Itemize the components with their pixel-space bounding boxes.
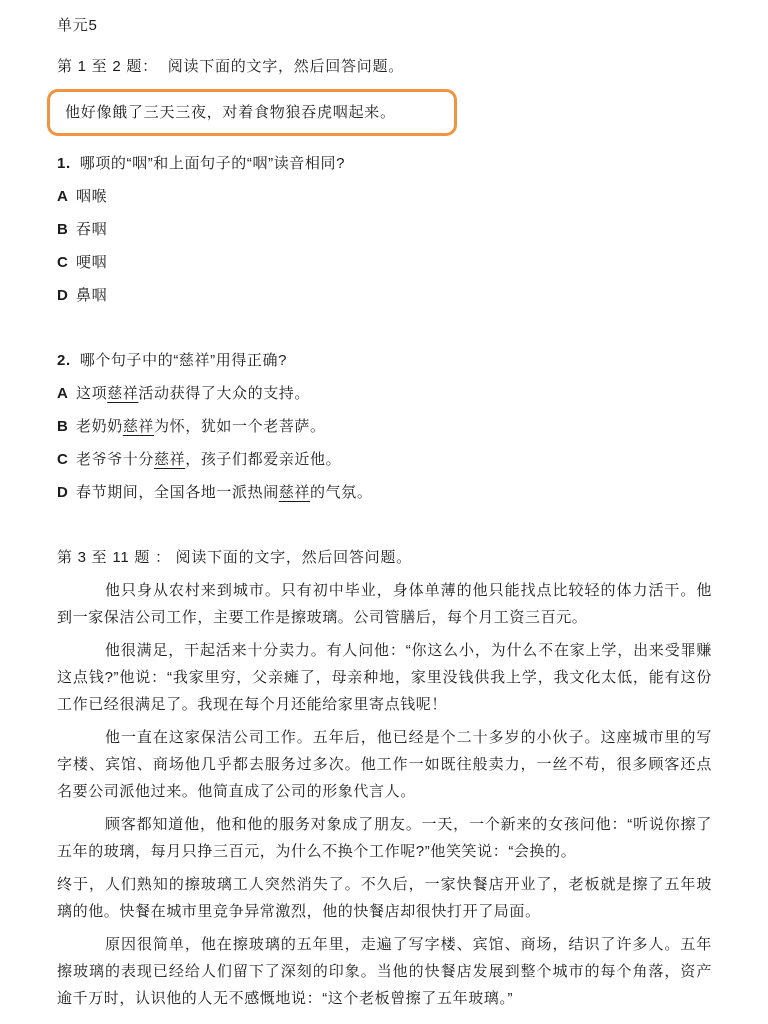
option-letter: B <box>57 413 69 440</box>
question2-option-d: D春节期间，全国各地一派热闹慈祥的气氛。 <box>57 479 712 506</box>
passage-paragraph-2: 他很满足，干起活来十分卖力。有人问他：“你这么小，为什么不在家上学，出来受罪赚这… <box>57 637 712 718</box>
question1-number: 1. <box>57 155 71 172</box>
option-text: 这项慈祥活动获得了大众的支持。 <box>76 385 310 402</box>
question2-stem: 2.哪个句子中的“慈祥”用得正确? <box>57 347 712 374</box>
question1-stem: 1.哪项的“咽”和上面句子的“咽”读音相同? <box>57 150 712 177</box>
passage-paragraph-5: 终于，人们熟知的擦玻璃工人突然消失了。不久后，一家快餐店开业了，老板就是擦了五年… <box>57 871 712 925</box>
passage-paragraph-4: 顾客都知道他，他和他的服务对象成了朋友。一天，一个新来的女孩问他：“听说你擦了五… <box>57 811 712 865</box>
option-text: 老爷爷十分慈祥，孩子们都爱亲近他。 <box>76 451 341 468</box>
question2-options: A这项慈祥活动获得了大众的支持。 B老奶奶慈祥为怀，犹如一个老菩萨。 C老爷爷十… <box>57 380 712 506</box>
passage-paragraph-6: 原因很简单，他在擦玻璃的五年里，走遍了写字楼、宾馆、商场，结识了许多人。五年擦玻… <box>57 931 712 1012</box>
option-text: 咽喉 <box>76 188 107 205</box>
option-text: 哽咽 <box>76 254 107 271</box>
option-letter: D <box>57 282 69 309</box>
option-letter: C <box>57 446 69 473</box>
option-letter: D <box>57 479 69 506</box>
passage-paragraph-1: 他只身从农村来到城市。只有初中毕业，身体单薄的他只能找点比较轻的体力活干。他到一… <box>57 577 712 631</box>
option-text: 春节期间，全国各地一派热闹慈祥的气氛。 <box>76 484 372 501</box>
question2-number: 2. <box>57 352 71 369</box>
quoted-sentence-box: 他好像餓了三天三夜，对着食物狼吞虎咽起来。 <box>47 89 457 136</box>
option-letter: B <box>57 216 69 243</box>
question1-option-a: A咽喉 <box>57 183 712 210</box>
underlined-word: 慈祥 <box>107 385 138 402</box>
option-letter: A <box>57 183 69 210</box>
underlined-word: 慈祥 <box>279 484 310 501</box>
question2-text: 哪个句子中的“慈祥”用得正确? <box>80 352 287 369</box>
option-text: 吞咽 <box>76 221 107 238</box>
section2-header: 第 3 至 11 题 ： 阅读下面的文字，然后回答问题。 <box>57 544 712 571</box>
exam-document-page: 单元5 第 1 至 2 题： 阅读下面的文字，然后回答问题。 他好像餓了三天三夜… <box>0 0 768 1024</box>
option-letter: A <box>57 380 69 407</box>
option-letter: C <box>57 249 69 276</box>
option-text: 老奶奶慈祥为怀，犹如一个老菩萨。 <box>76 418 326 435</box>
reading-passage: 他只身从农村来到城市。只有初中毕业，身体单薄的他只能找点比较轻的体力活干。他到一… <box>57 577 712 1012</box>
section1-header: 第 1 至 2 题： 阅读下面的文字，然后回答问题。 <box>57 53 712 80</box>
question1-text: 哪项的“咽”和上面句子的“咽”读音相同? <box>80 155 345 172</box>
underlined-word: 慈祥 <box>154 451 185 468</box>
passage-paragraph-3: 他一直在这家保洁公司工作。五年后，他已经是个二十多岁的小伙子。这座城市里的写字楼… <box>57 724 712 805</box>
quoted-sentence-text: 他好像餓了三天三夜，对着食物狼吞虎咽起来。 <box>65 104 396 121</box>
question2-option-c: C老爷爷十分慈祥，孩子们都爱亲近他。 <box>57 446 712 473</box>
unit-title: 单元5 <box>57 12 712 39</box>
underlined-word: 慈祥 <box>123 418 154 435</box>
question1-option-c: C哽咽 <box>57 249 712 276</box>
question1-options: A咽喉 B吞咽 C哽咽 D鼻咽 <box>57 183 712 309</box>
question2-option-a: A这项慈祥活动获得了大众的支持。 <box>57 380 712 407</box>
question2-option-b: B老奶奶慈祥为怀，犹如一个老菩萨。 <box>57 413 712 440</box>
question1-option-b: B吞咽 <box>57 216 712 243</box>
question1-option-d: D鼻咽 <box>57 282 712 309</box>
option-text: 鼻咽 <box>76 287 107 304</box>
